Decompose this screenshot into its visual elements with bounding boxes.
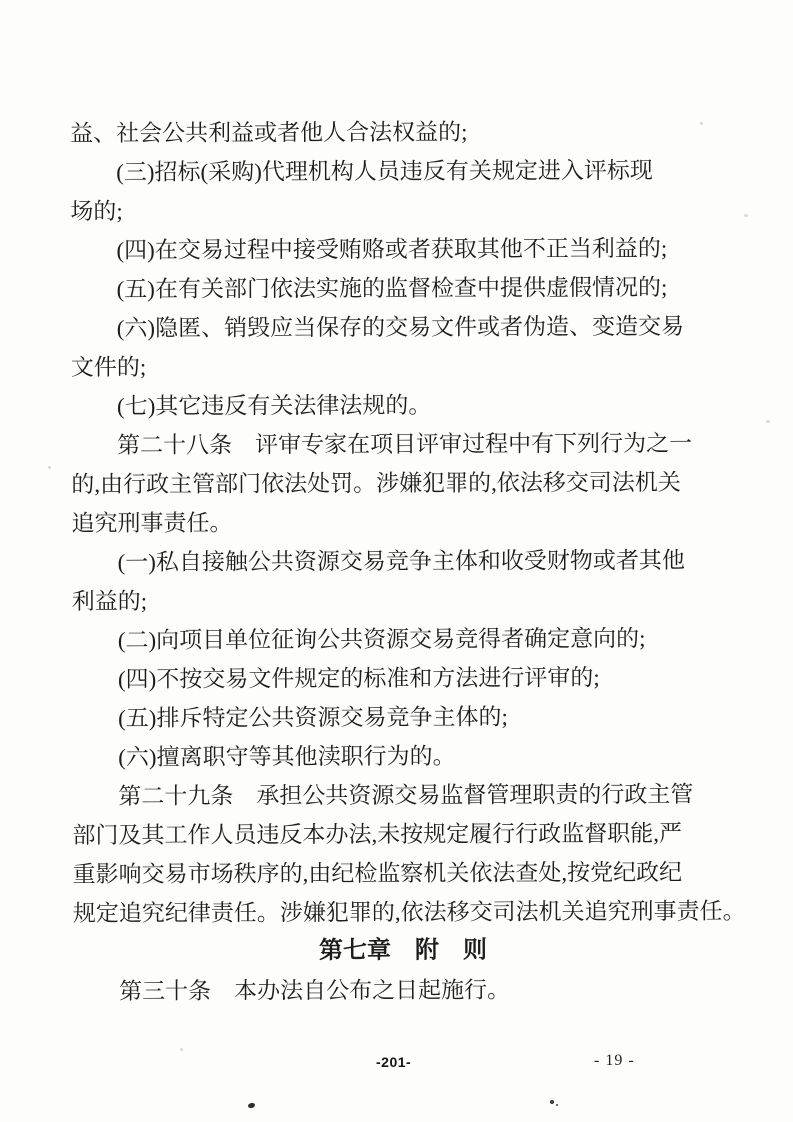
article-29-opening-line: 第二十九条 承担公共资源交易监督管理职责的行政主管 xyxy=(72,775,732,816)
document-line: (五)在有关部门依法实施的监督检查中提供虚假情况的; xyxy=(71,268,731,309)
document-line: (二)向项目单位征询公共资源交易竞得者确定意向的; xyxy=(72,619,732,660)
document-line: (六)擅离职守等其他渎职行为的。 xyxy=(72,736,732,777)
scan-noise-dot xyxy=(48,466,51,469)
book-page-number: -201- xyxy=(376,1054,411,1070)
document-line: 追究刑事责任。 xyxy=(71,502,731,543)
document-line: 利益的; xyxy=(72,580,732,621)
document-line: (三)招标(采购)代理机构人员违反有关规定进入评标现 xyxy=(70,151,730,192)
document-line: (一)私自接触公共资源交易竞争主体和收受财物或者其他 xyxy=(71,541,731,582)
scan-speck xyxy=(247,1102,255,1109)
article-30-line: 第三十条 本办法自公布之日起施行。 xyxy=(73,970,733,1011)
scan-noise-dot xyxy=(766,420,770,423)
chapter-7-heading: 第七章 附 则 xyxy=(73,931,733,972)
doc-page-number: - 19 - xyxy=(594,1052,635,1070)
document-line: 部门及其工作人员违反本办法,未按规定履行行政监督职能,严 xyxy=(72,814,732,855)
scanned-document-page: 益、社会公共利益或者他人合法权益的; (三)招标(采购)代理机构人员违反有关规定… xyxy=(0,0,793,1122)
scan-noise-dot xyxy=(700,122,703,125)
document-line: 文件的; xyxy=(71,346,731,387)
scan-noise-dot xyxy=(744,214,748,217)
document-line: (四)在交易过程中接受贿赂或者获取其他不正当利益的; xyxy=(70,229,730,270)
scan-speck xyxy=(550,1100,554,1104)
document-line: (七)其它违反有关法律法规的。 xyxy=(71,385,731,426)
document-line: 的,由行政主管部门依法处罚。涉嫌犯罪的,依法移交司法机关 xyxy=(71,463,731,504)
document-body: 益、社会公共利益或者他人合法权益的; (三)招标(采购)代理机构人员违反有关规定… xyxy=(70,112,733,1011)
document-line: 重影响交易市场秩序的,由纪检监察机关依法查处,按党纪政纪 xyxy=(73,853,733,894)
document-line: (六)隐匿、销毁应当保存的交易文件或者伪造、变造交易 xyxy=(71,307,731,348)
article-28-opening-line: 第二十八条 评审专家在项目评审过程中有下列行为之一 xyxy=(71,424,731,465)
scan-noise-dot xyxy=(180,1048,183,1051)
document-line: 益、社会公共利益或者他人合法权益的; xyxy=(70,112,730,153)
document-line: 规定追究纪律责任。涉嫌犯罪的,依法移交司法机关追究刑事责任。 xyxy=(73,892,733,933)
document-line: 场的; xyxy=(70,190,730,231)
scan-noise-dot xyxy=(420,760,423,762)
document-line: (四)不按交易文件规定的标准和方法进行评审的; xyxy=(72,658,732,699)
document-line: (五)排斥特定公共资源交易竞争主体的; xyxy=(72,697,732,738)
